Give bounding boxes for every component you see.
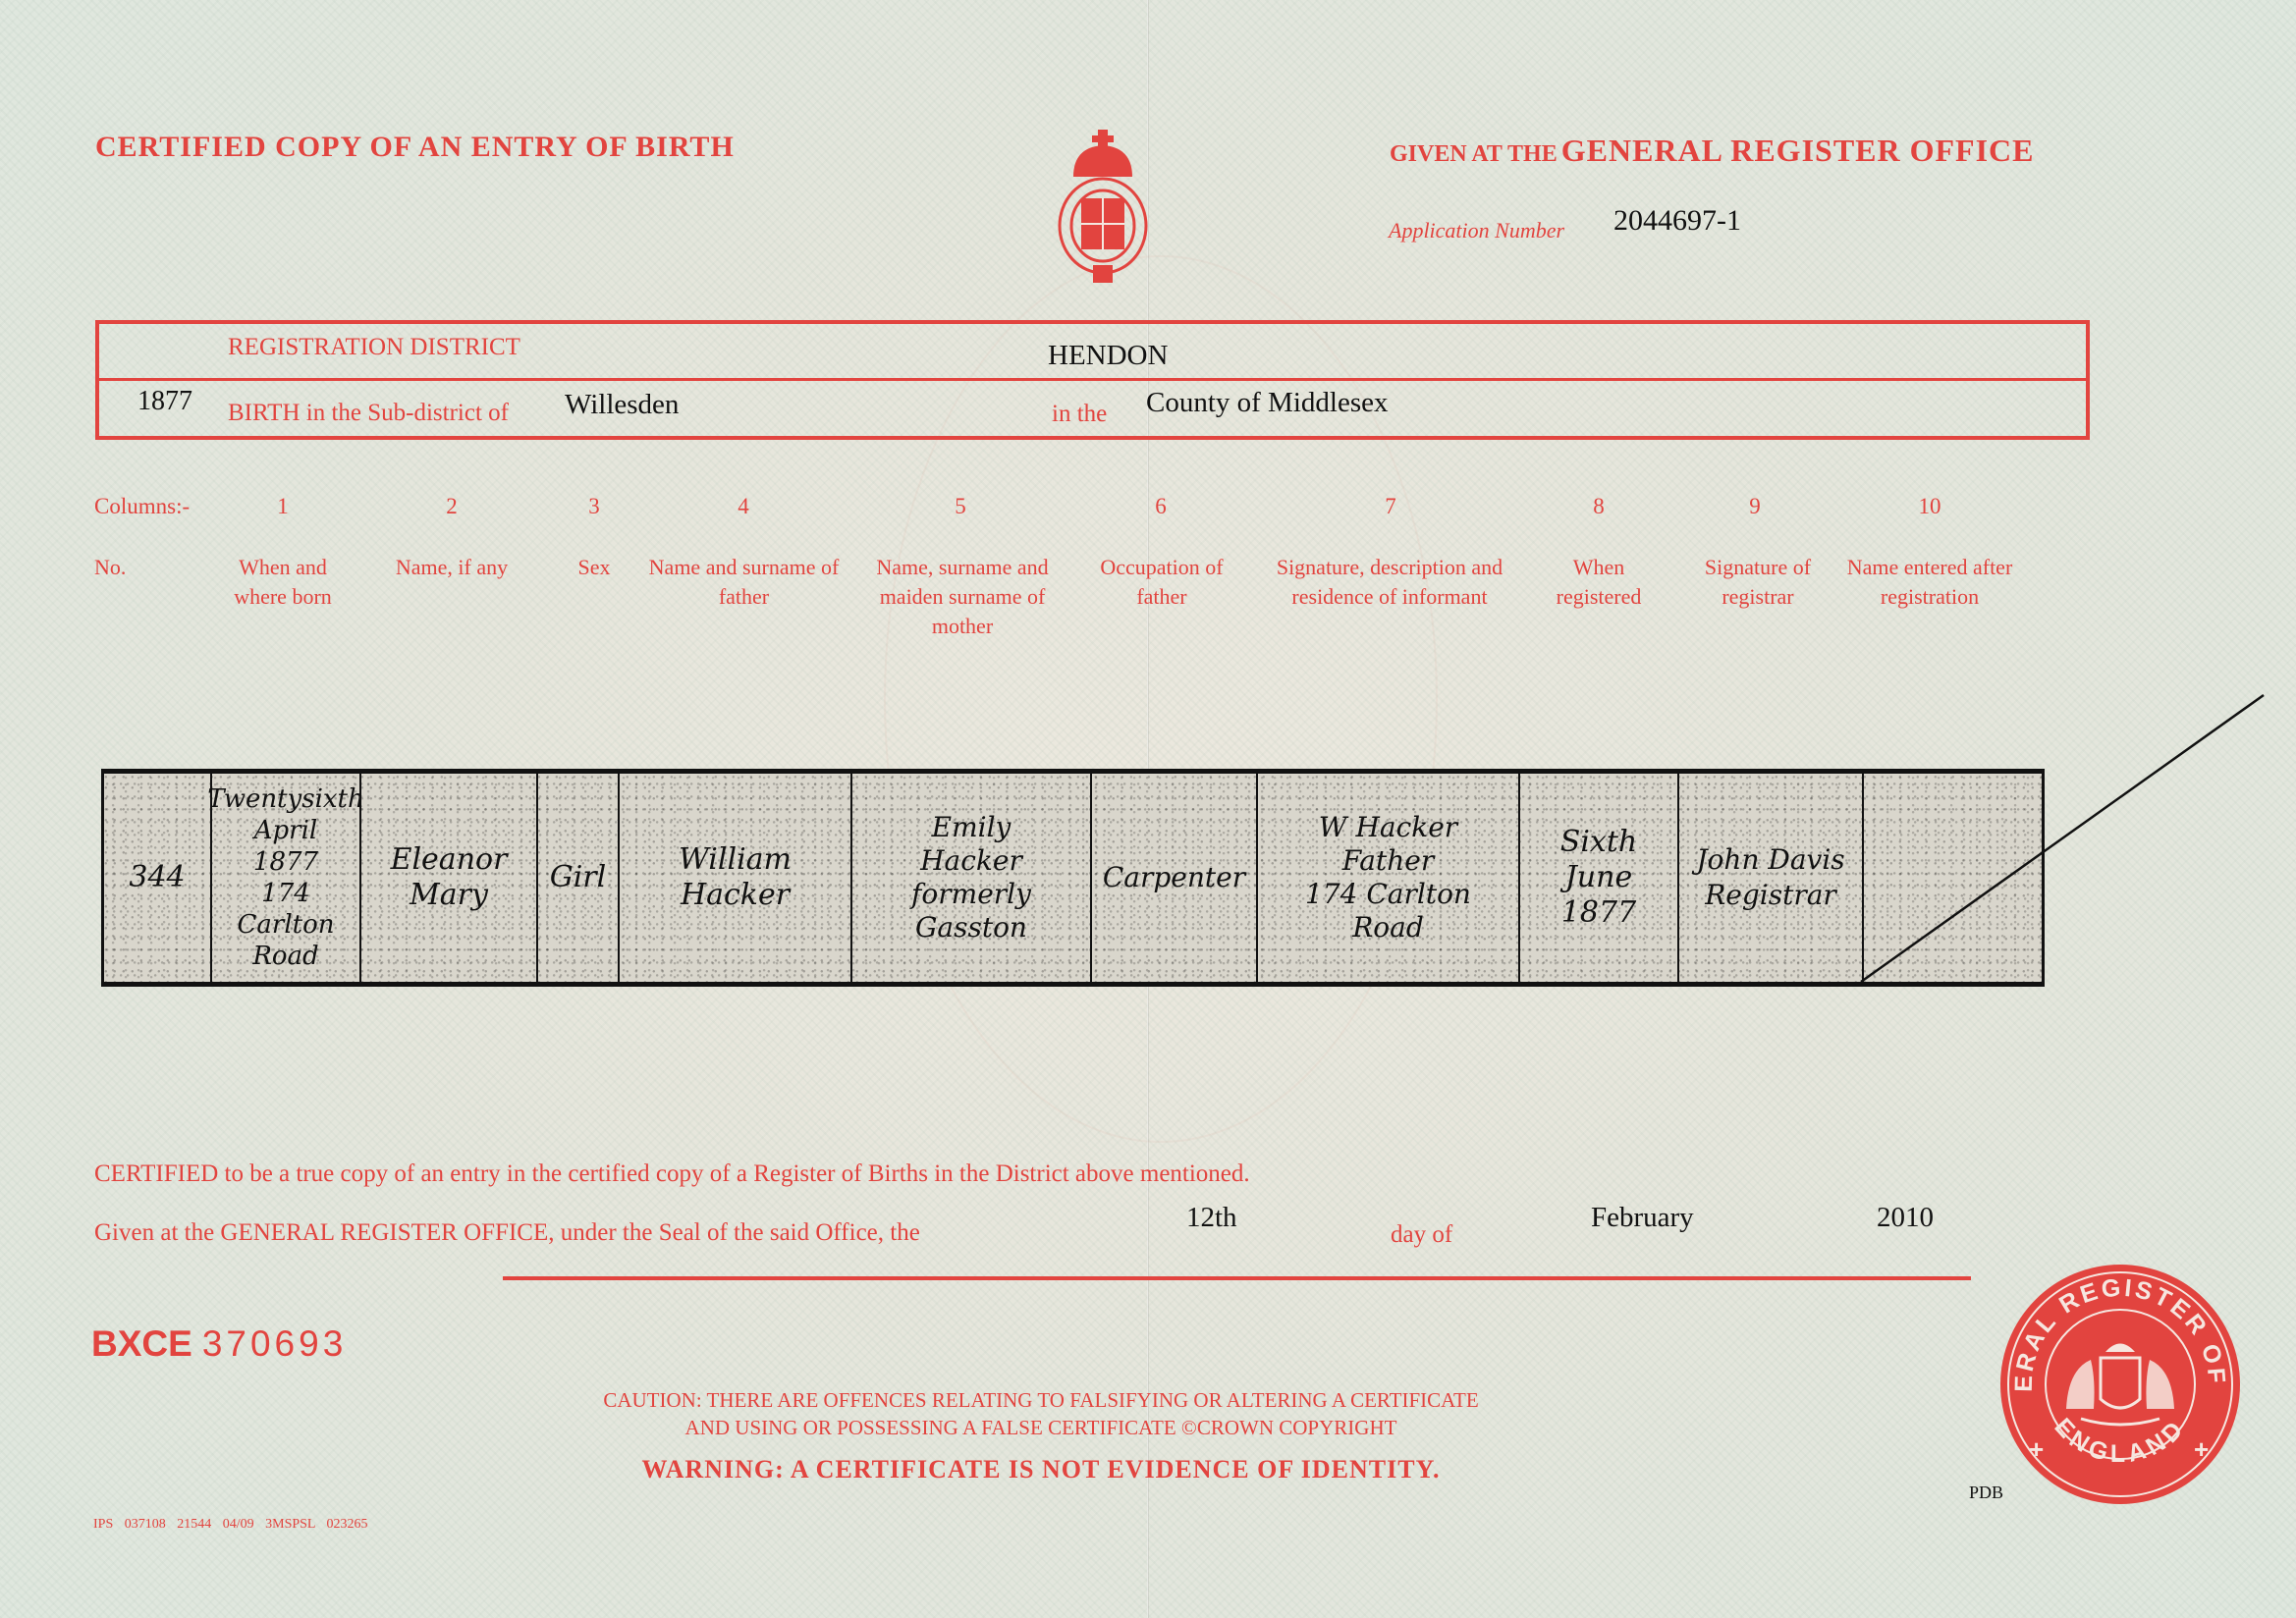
issuing-office: GIVEN AT THE GENERAL REGISTER OFFICE xyxy=(1390,133,2035,169)
columns-label: Columns:- xyxy=(94,494,190,519)
subdistrict-label: BIRTH in the Sub-district of xyxy=(228,400,509,427)
register-entry: 344 Twentysixth April 1877 174 Carlton R… xyxy=(101,769,2045,987)
day-of-label: day of xyxy=(1391,1221,1452,1249)
header-informant: Signature, description and residence of … xyxy=(1257,553,1522,612)
entry-father: William Hacker xyxy=(620,774,850,982)
entry-registrar: John Davis Registrar xyxy=(1679,774,1862,982)
column-number: 7 xyxy=(1361,494,1420,519)
header-name: Name, if any xyxy=(383,553,520,582)
svg-text:+: + xyxy=(2194,1434,2209,1464)
certification-day: 12th xyxy=(1186,1202,1237,1234)
entry-informant: W Hacker Father 174 Carlton Road xyxy=(1258,774,1518,982)
column-number: 10 xyxy=(1900,494,1959,519)
entry-father-occupation: Carpenter xyxy=(1092,774,1256,982)
cancellation-stroke xyxy=(1856,687,2269,992)
entry-name: Eleanor Mary xyxy=(361,774,536,982)
document-title: CERTIFIED COPY OF AN ENTRY OF BIRTH xyxy=(95,131,735,164)
svg-text:+: + xyxy=(2029,1434,2044,1464)
signature-line xyxy=(503,1276,1971,1280)
application-number: 2044697-1 xyxy=(1613,204,1741,238)
certification-year: 2010 xyxy=(1877,1202,1934,1234)
header-registrar: Signature of registrar xyxy=(1689,553,1827,612)
column-number: 5 xyxy=(931,494,990,519)
certification-month: February xyxy=(1591,1202,1694,1234)
serial-number: 370693 xyxy=(202,1323,347,1364)
header-occupation: Occupation of father xyxy=(1098,553,1226,612)
header-when-where-born: When and where born xyxy=(224,553,342,612)
column-number: 3 xyxy=(565,494,624,519)
given-at-office: GENERAL REGISTER OFFICE xyxy=(1561,133,2035,168)
column-number: 1 xyxy=(253,494,312,519)
serial-prefix: BXCE xyxy=(91,1323,192,1364)
header-father: Name and surname of father xyxy=(648,553,840,612)
royal-crest-icon xyxy=(1044,128,1162,285)
column-number: 6 xyxy=(1131,494,1190,519)
header-name-after-registration: Name entered after registration xyxy=(1841,553,2018,612)
print-code: IPS 037108 21544 04/09 3MSPSL 023265 xyxy=(93,1517,367,1533)
gro-seal-icon: GENERAL REGISTER OFFICE ENGLAND + + xyxy=(1997,1262,2243,1507)
entry-mother: Emily Hacker formerly Gasston xyxy=(852,774,1090,982)
column-number: 9 xyxy=(1725,494,1784,519)
header-when-registered: When registered xyxy=(1542,553,1656,612)
county-label: in the xyxy=(1052,401,1107,428)
given-under-seal-statement: Given at the GENERAL REGISTER OFFICE, un… xyxy=(94,1219,920,1247)
caution-notice: CAUTION: THERE ARE OFFENCES RELATING TO … xyxy=(511,1386,1571,1441)
entry-when-registered: Sixth June 1877 xyxy=(1520,774,1677,982)
registration-district-value: HENDON xyxy=(1048,340,1168,372)
subdistrict-value: Willesden xyxy=(565,389,679,421)
registration-year: 1877 xyxy=(137,386,192,417)
certificate-serial: BXCE370693 xyxy=(91,1323,347,1365)
registration-district-label: REGISTRATION DISTRICT xyxy=(228,334,520,361)
entry-when-where-born: Twentysixth April 1877 174 Carlton Road xyxy=(212,774,359,982)
header-mother: Name, surname and maiden surname of moth… xyxy=(859,553,1066,641)
identity-warning: WARNING: A CERTIFICATE IS NOT EVIDENCE O… xyxy=(511,1455,1571,1484)
certification-statement: CERTIFIED to be a true copy of an entry … xyxy=(94,1160,1250,1188)
entry-sex: Girl xyxy=(538,774,618,982)
column-number: 2 xyxy=(422,494,481,519)
header-sex: Sex xyxy=(570,553,619,582)
county-value: County of Middlesex xyxy=(1146,387,1389,419)
entry-number: 344 xyxy=(104,774,210,982)
column-number: 8 xyxy=(1569,494,1628,519)
district-divider xyxy=(95,378,2090,381)
application-number-label: Application Number xyxy=(1389,218,1564,243)
column-number: 4 xyxy=(714,494,773,519)
given-at-prefix: GIVEN AT THE xyxy=(1390,141,1558,167)
header-no: No. xyxy=(94,553,134,582)
